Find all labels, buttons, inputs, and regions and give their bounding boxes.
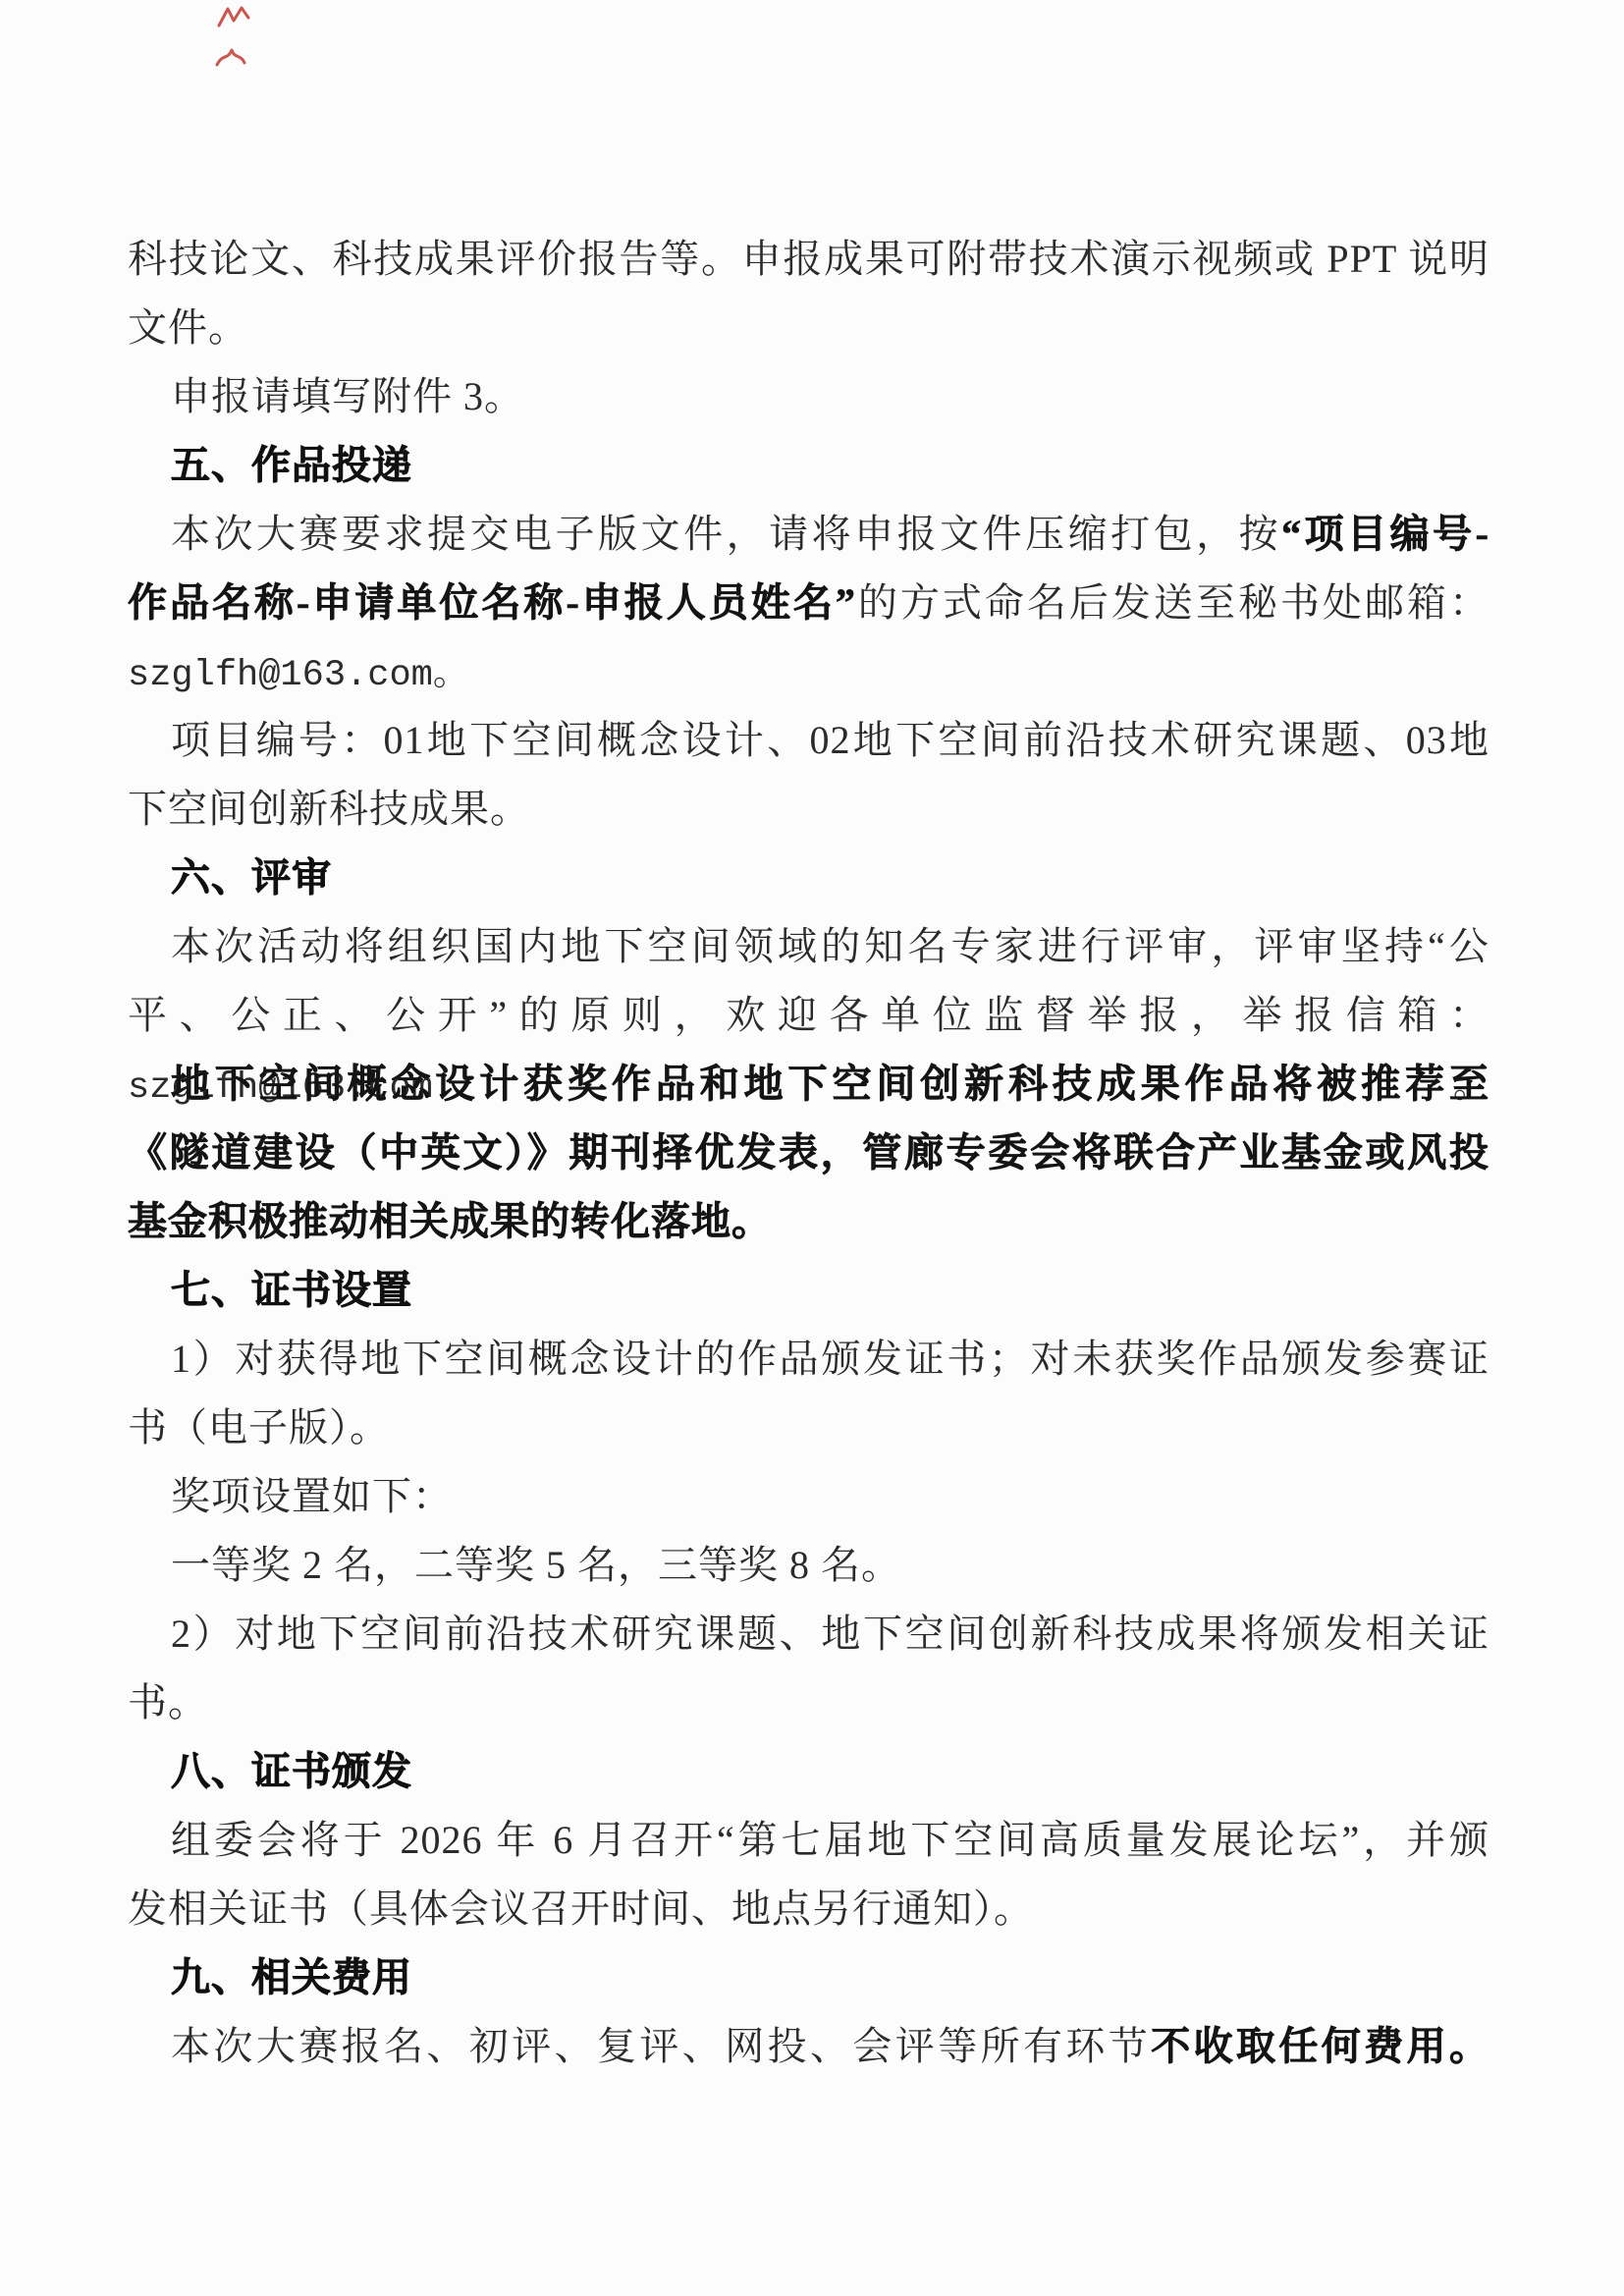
text-segment: 地下空间概念设计获奖作品和地下空间创新科技成果作品将被推荐至 xyxy=(171,1062,1489,1106)
text-line: 一等奖 2 名，二等奖 5 名，三等奖 8 名。 xyxy=(128,1531,1489,1600)
text-segment: 的方式命名后发送至秘书处邮箱： xyxy=(856,580,1489,625)
text-segment: 发相关证书（具体会议召开时间、地点另行通知）。 xyxy=(128,1886,1034,1931)
document-page: 科技论文、科技成果评价报告等。申报成果可附带技术演示视频或 PPT 说明文件。申… xyxy=(0,0,1624,2296)
text-segment: 八、证书颁发 xyxy=(171,1749,412,1793)
text-line: 书（电子版）。 xyxy=(128,1394,1489,1462)
section-heading: 五、作品投递 xyxy=(128,431,1489,500)
text-line: 平、公正、公开”的原则，欢迎各单位监督举报，举报信箱：szglfh@163.co… xyxy=(128,981,1489,1050)
red-scribble-mark-icon xyxy=(216,4,251,31)
section-heading: 八、证书颁发 xyxy=(128,1737,1489,1806)
text-line: 组委会将于 2026 年 6 月召开“第七届地下空间高质量发展论坛”，并颁 xyxy=(128,1806,1489,1875)
text-segment: 本次大赛报名、初评、复评、网投、会评等所有环节 xyxy=(171,2024,1151,2068)
text-line: 下空间创新科技成果。 xyxy=(128,775,1489,844)
text-line: 本次活动将组织国内地下空间领域的知名专家进行评审，评审坚持“公 xyxy=(128,912,1489,981)
text-segment: 奖项设置如下： xyxy=(171,1474,453,1518)
text-segment: 一等奖 2 名，二等奖 5 名，三等奖 8 名。 xyxy=(171,1543,901,1587)
text-line: 2）对地下空间前沿技术研究课题、地下空间创新科技成果将颁发相关证 xyxy=(128,1600,1489,1668)
text-line: 书。 xyxy=(128,1668,1489,1737)
text-line: 科技论文、科技成果评价报告等。申报成果可附带技术演示视频或 PPT 说明 xyxy=(128,225,1489,294)
section-heading: 九、相关费用 xyxy=(128,1943,1489,2012)
text-line: 项目编号：01地下空间概念设计、02地下空间前沿技术研究课题、03地 xyxy=(128,706,1489,775)
text-segment: 不收取任何费用。 xyxy=(1151,2024,1489,2068)
text-segment: 文件。 xyxy=(128,305,248,350)
text-segment: 书。 xyxy=(128,1680,208,1724)
text-segment: 五、作品投递 xyxy=(171,443,412,487)
text-segment: 项目编号：01地下空间概念设计、02地下空间前沿技术研究课题、03地 xyxy=(171,718,1489,762)
text-segment: 九、相关费用 xyxy=(171,1955,412,1999)
text-segment: 书（电子版）。 xyxy=(128,1405,390,1449)
text-line: 地下空间概念设计获奖作品和地下空间创新科技成果作品将被推荐至 xyxy=(128,1050,1489,1119)
text-line: 文件。 xyxy=(128,294,1489,362)
red-scribble-mark-icon xyxy=(214,45,247,71)
document-body: 科技论文、科技成果评价报告等。申报成果可附带技术演示视频或 PPT 说明文件。申… xyxy=(128,225,1489,2081)
text-segment: 《隧道建设（中英文）》期刊择优发表，管廊专委会将联合产业基金或风投 xyxy=(128,1130,1489,1175)
text-segment: 七、证书设置 xyxy=(171,1268,412,1312)
text-segment: 下空间创新科技成果。 xyxy=(128,787,530,831)
text-segment: 2）对地下空间前沿技术研究课题、地下空间创新科技成果将颁发相关证 xyxy=(171,1612,1489,1656)
text-line: 本次大赛报名、初评、复评、网投、会评等所有环节不收取任何费用。 xyxy=(128,2012,1489,2081)
text-line: 基金积极推动相关成果的转化落地。 xyxy=(128,1187,1489,1256)
text-line: 本次大赛要求提交电子版文件，请将申报文件压缩打包，按“项目编号- xyxy=(128,500,1489,569)
text-segment: 申报请填写附件 3。 xyxy=(171,374,524,418)
text-line: 《隧道建设（中英文）》期刊择优发表，管廊专委会将联合产业基金或风投 xyxy=(128,1119,1489,1187)
text-segment: 本次活动将组织国内地下空间领域的知名专家进行评审，评审坚持“公 xyxy=(171,924,1489,968)
section-heading: 七、证书设置 xyxy=(128,1256,1489,1325)
text-line: 发相关证书（具体会议召开时间、地点另行通知）。 xyxy=(128,1875,1489,1943)
text-segment: 科技论文、科技成果评价报告等。申报成果可附带技术演示视频或 PPT 说明 xyxy=(128,237,1489,281)
text-line: 1）对获得地下空间概念设计的作品颁发证书；对未获奖作品颁发参赛证 xyxy=(128,1325,1489,1394)
text-segment: 基金积极推动相关成果的转化落地。 xyxy=(128,1199,772,1243)
text-line: 申报请填写附件 3。 xyxy=(128,362,1489,431)
text-line: 奖项设置如下： xyxy=(128,1462,1489,1531)
text-segment: 本次大赛要求提交电子版文件，请将申报文件压缩打包，按 xyxy=(171,512,1281,556)
text-segment: “项目编号- xyxy=(1281,512,1489,556)
text-segment: 平、公正、公开”的原则，欢迎各单位监督举报，举报信箱： xyxy=(128,993,1489,1037)
text-segment: 组委会将于 2026 年 6 月召开“第七届地下空间高质量发展论坛”，并颁 xyxy=(171,1818,1489,1862)
text-segment: 1）对获得地下空间概念设计的作品颁发证书；对未获奖作品颁发参赛证 xyxy=(171,1337,1489,1381)
text-line: szglfh@163.com。 xyxy=(128,637,1489,706)
section-heading: 六、评审 xyxy=(128,844,1489,912)
text-line: 作品名称-申请单位名称-申报人员姓名”的方式命名后发送至秘书处邮箱： xyxy=(128,569,1489,637)
text-segment: 作品名称-申请单位名称-申报人员姓名” xyxy=(128,580,856,625)
text-segment: szglfh@163.com。 xyxy=(128,655,469,696)
text-segment: 六、评审 xyxy=(171,855,332,900)
